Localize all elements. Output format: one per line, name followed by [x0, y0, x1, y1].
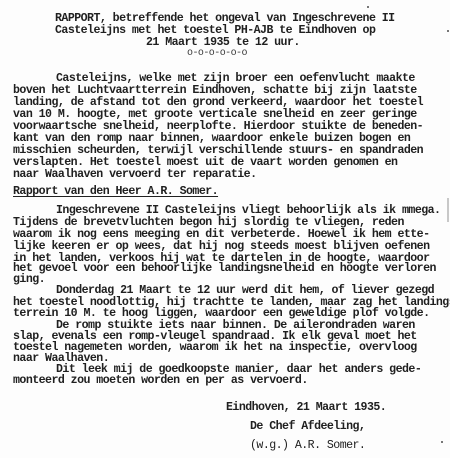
scan-speck	[447, 30, 449, 32]
scan-speck	[367, 6, 369, 8]
title-separator: o-o-o-o-o-o	[187, 48, 247, 60]
signature-name: (w.g.) A.R. Somer.	[250, 440, 365, 452]
scan-edge-mark	[447, 198, 449, 222]
typewritten-report-page: RAPPORT, betreffende het ongeval van Ing…	[0, 0, 450, 458]
paragraph-5-line-2: monteerd zou moeten worden en per as ver…	[13, 375, 308, 387]
section-heading: Rapport van den Heer A.R. Somer.	[13, 186, 218, 198]
paragraph-1-line-9: naar Waalhaven vervoerd ter reparatie.	[13, 169, 256, 181]
signature-role: De Chef Afdeeling,	[250, 421, 365, 433]
signature-place-date: Eindhoven, 21 Maart 1935.	[226, 402, 386, 414]
scan-speck	[441, 441, 443, 443]
paragraph-2-line-7: ging.	[13, 274, 45, 286]
paragraph-2-line-6: het gevoel voor een behoorlijke landings…	[13, 263, 436, 275]
